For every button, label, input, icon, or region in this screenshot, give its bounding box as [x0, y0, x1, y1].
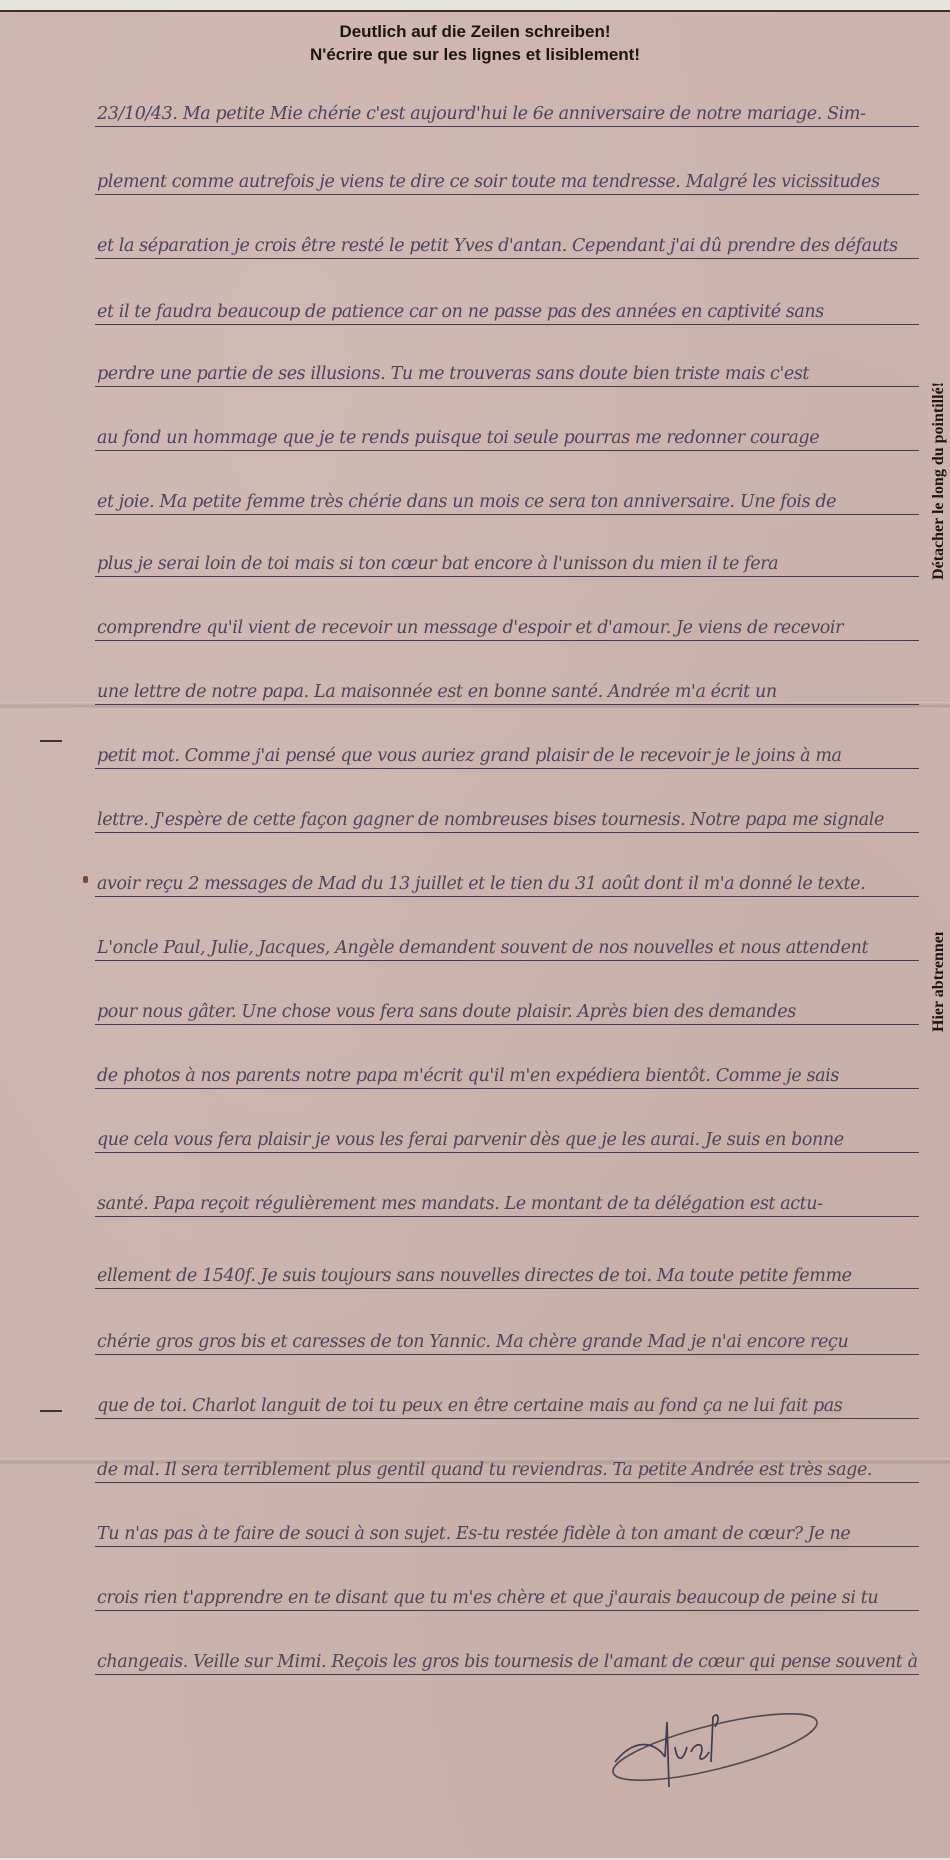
letter-line: perdre une partie de ses illusions. Tu m…	[95, 332, 919, 387]
header-french: N'écrire que sur les lignes et lisibleme…	[0, 43, 950, 66]
letter-line: et joie. Ma petite femme très chérie dan…	[95, 460, 919, 515]
letter-line: comprendre qu'il vient de recevoir un me…	[95, 586, 919, 641]
letter-line: et la séparation je crois être resté le …	[95, 204, 919, 259]
letter-line: avoir reçu 2 messages de Mad du 13 juill…	[95, 842, 919, 897]
letter-line: santé. Papa reçoit régulièrement mes man…	[95, 1162, 919, 1217]
detach-label-french: Détacher le long du pointillé!	[930, 382, 948, 580]
letter-line: lettre. J'espère de cette façon gagner d…	[95, 778, 919, 833]
ink-stain	[83, 876, 88, 883]
letter-line: de mal. Il sera terriblement plus gentil…	[95, 1428, 919, 1483]
header-german: Deutlich auf die Zeilen schreiben!	[0, 20, 950, 43]
letter-line: petit mot. Comme j'ai pensé que vous aur…	[95, 714, 919, 769]
letter-line: Tu n'as pas à te faire de souci à son su…	[95, 1492, 919, 1547]
letter-line: plus je serai loin de toi mais si ton cœ…	[95, 522, 919, 577]
letter-line: crois rien t'apprendre en te disant que …	[95, 1556, 919, 1611]
cut-tick-mark	[40, 740, 62, 742]
form-header: Deutlich auf die Zeilen schreiben! N'écr…	[0, 20, 950, 66]
letter-line: 23/10/43. Ma petite Mie chérie c'est auj…	[95, 72, 919, 127]
letter-line: que de toi. Charlot languit de toi tu pe…	[95, 1364, 919, 1419]
letter-line: et il te faudra beaucoup de patience car…	[95, 270, 919, 325]
letter-line: changeais. Veille sur Mimi. Reçois les g…	[95, 1620, 919, 1675]
letter-line: une lettre de notre papa. La maisonnée e…	[95, 650, 919, 705]
letter-line: que cela vous fera plaisir je vous les f…	[95, 1098, 919, 1153]
letter-line: L'oncle Paul, Julie, Jacques, Angèle dem…	[95, 906, 919, 961]
letter-line: ellement de 1540f. Je suis toujours sans…	[95, 1234, 919, 1289]
letter-line: au fond un hommage que je te rends puisq…	[95, 396, 919, 451]
letter-line: de photos à nos parents notre papa m'écr…	[95, 1034, 919, 1089]
cut-tick-mark	[40, 1410, 62, 1412]
signature-yves: Yves	[605, 1702, 825, 1802]
letter-sheet: Deutlich auf die Zeilen schreiben! N'écr…	[0, 10, 950, 1858]
letter-line: chérie gros gros bis et caresses de ton …	[95, 1300, 919, 1355]
letter-line: plement comme autrefois je viens te dire…	[95, 140, 919, 195]
detach-label-german: Hier abtrennen!	[930, 932, 948, 1032]
letter-line: pour nous gâter. Une chose vous fera san…	[95, 970, 919, 1025]
